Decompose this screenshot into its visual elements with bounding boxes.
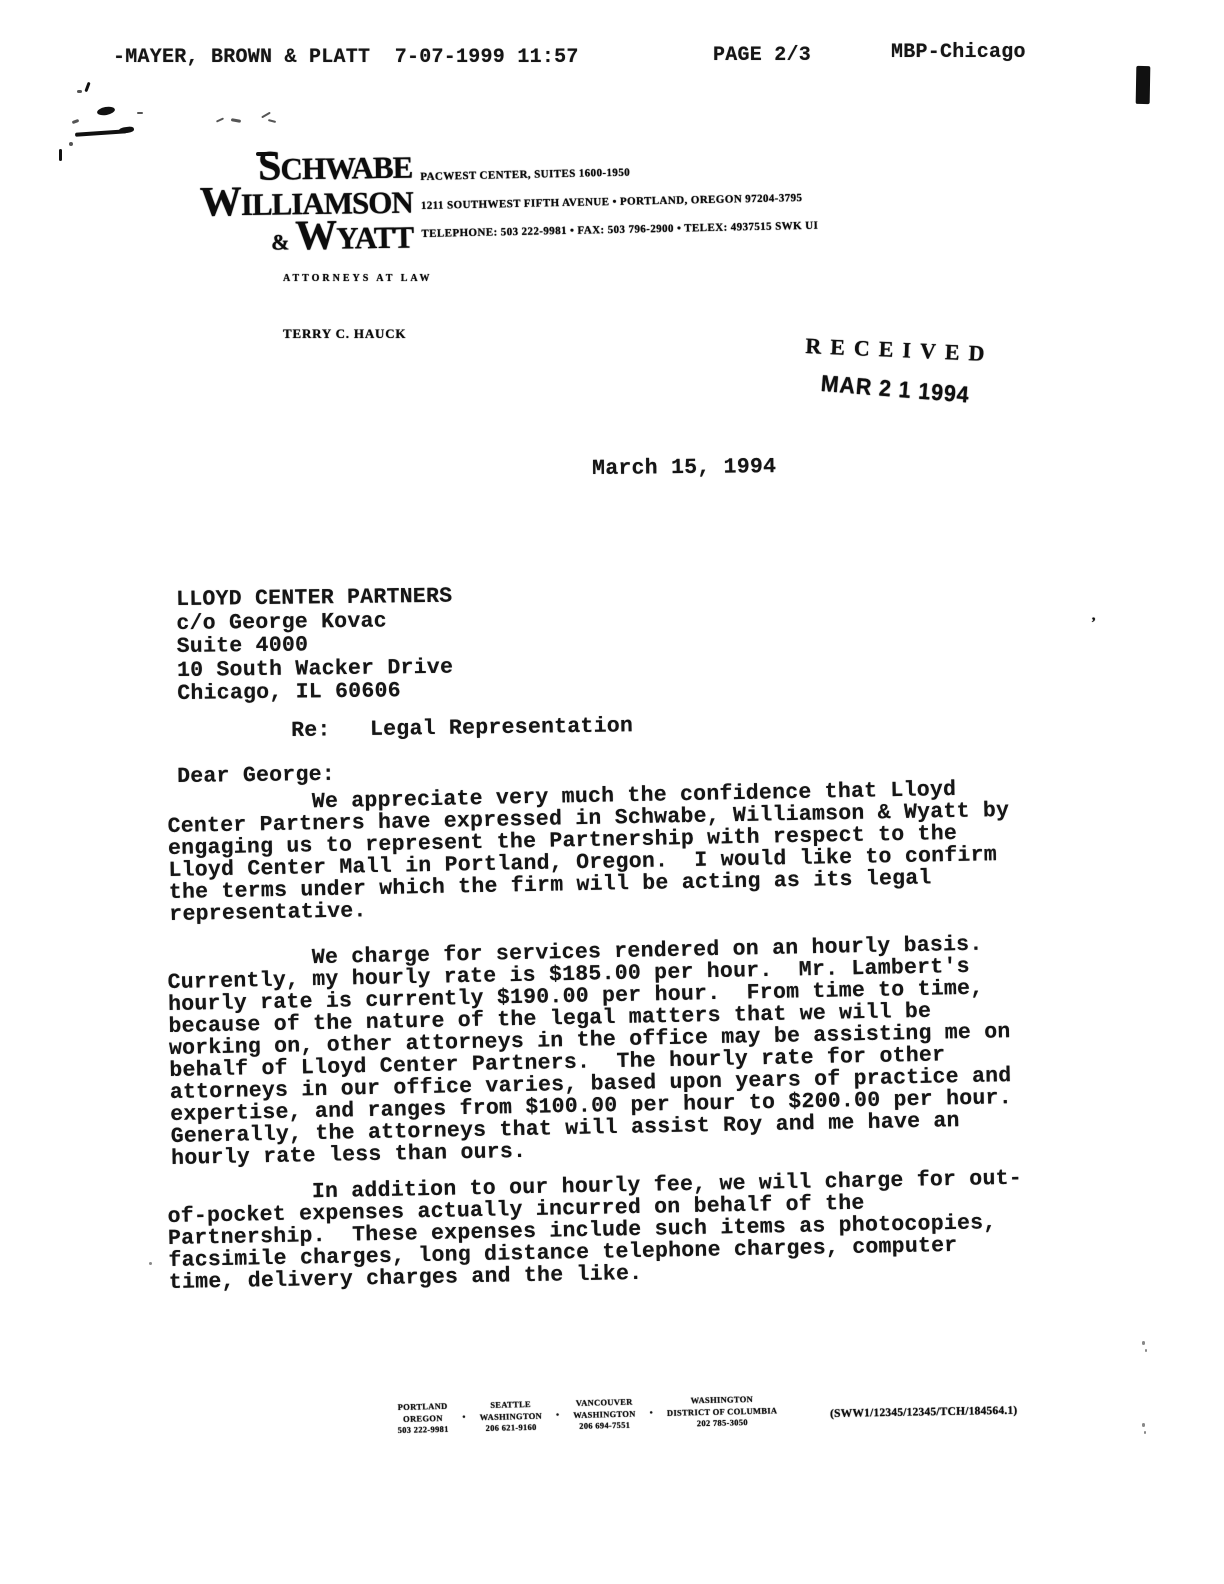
received-stamp-word: RECEIVED	[805, 333, 994, 367]
footer-office-dc: WASHINGTON DISTRICT OF COLUMBIA 202 785-…	[667, 1393, 778, 1430]
scan-speck	[1142, 1341, 1145, 1345]
scan-speck	[1144, 1431, 1146, 1434]
footer-office-seattle: SEATTLE WASHINGTON 206 621-9160	[479, 1399, 542, 1435]
salutation: Dear George:	[177, 764, 335, 788]
attorneys-at-law-tagline: ATTORNEYS AT LAW	[283, 273, 433, 284]
received-stamp-date: MAR 2 1 1994	[820, 370, 971, 409]
footer-bullet: •	[462, 1411, 466, 1423]
letter-date: March 15, 1994	[592, 456, 776, 480]
firm-logo: SCHWABE WILLIAMSON & WYATT	[170, 149, 413, 260]
firm-name-line2: WILLIAMSON	[170, 184, 412, 222]
scan-speck-apostrophe: ’	[1091, 615, 1096, 632]
fax-header-station-id: MBP-Chicago	[891, 43, 1026, 63]
recipient-address-block: LLOYD CENTER PARTNERS c/o George Kovac S…	[176, 586, 454, 707]
footer-bullet: •	[650, 1407, 654, 1419]
body-paragraph-2: We charge for services rendered on an ho…	[167, 933, 1013, 1170]
fax-page: -MAYER, BROWN & PLATT 7-07-1999 11:57 PA…	[0, 0, 1224, 1584]
letterhead-contact-block: PACWEST CENTER, SUITES 1600-1950 1211 SO…	[420, 153, 892, 248]
re-line: Re: Legal Representation	[291, 715, 633, 742]
body-paragraph-3: In addition to our hourly fee, we will c…	[167, 1168, 1024, 1294]
attorney-name: TERRY C. HAUCK	[283, 326, 406, 342]
footer-office-portland: PORTLAND OREGON 503 222-9981	[397, 1401, 449, 1437]
fax-header-sender: -MAYER, BROWN & PLATT 7-07-1999 11:57	[113, 48, 579, 68]
footer-office-list: PORTLAND OREGON 503 222-9981 • SEATTLE W…	[397, 1393, 778, 1436]
document-reference-number: (SWW1/12345/12345/TCH/184564.1)	[830, 1405, 1018, 1420]
scan-speck	[1145, 1349, 1147, 1352]
fax-edge-artifact-bar	[1136, 66, 1151, 104]
footer-office-vancouver: VANCOUVER WASHINGTON 206 694-7551	[573, 1397, 636, 1433]
scan-speck	[149, 1262, 152, 1265]
scan-speck	[1142, 1423, 1145, 1427]
fax-header-page-indicator: PAGE 2/3	[713, 46, 811, 66]
footer-bullet: •	[556, 1409, 560, 1421]
body-paragraph-1: We appreciate very much the confidence t…	[167, 778, 1011, 926]
